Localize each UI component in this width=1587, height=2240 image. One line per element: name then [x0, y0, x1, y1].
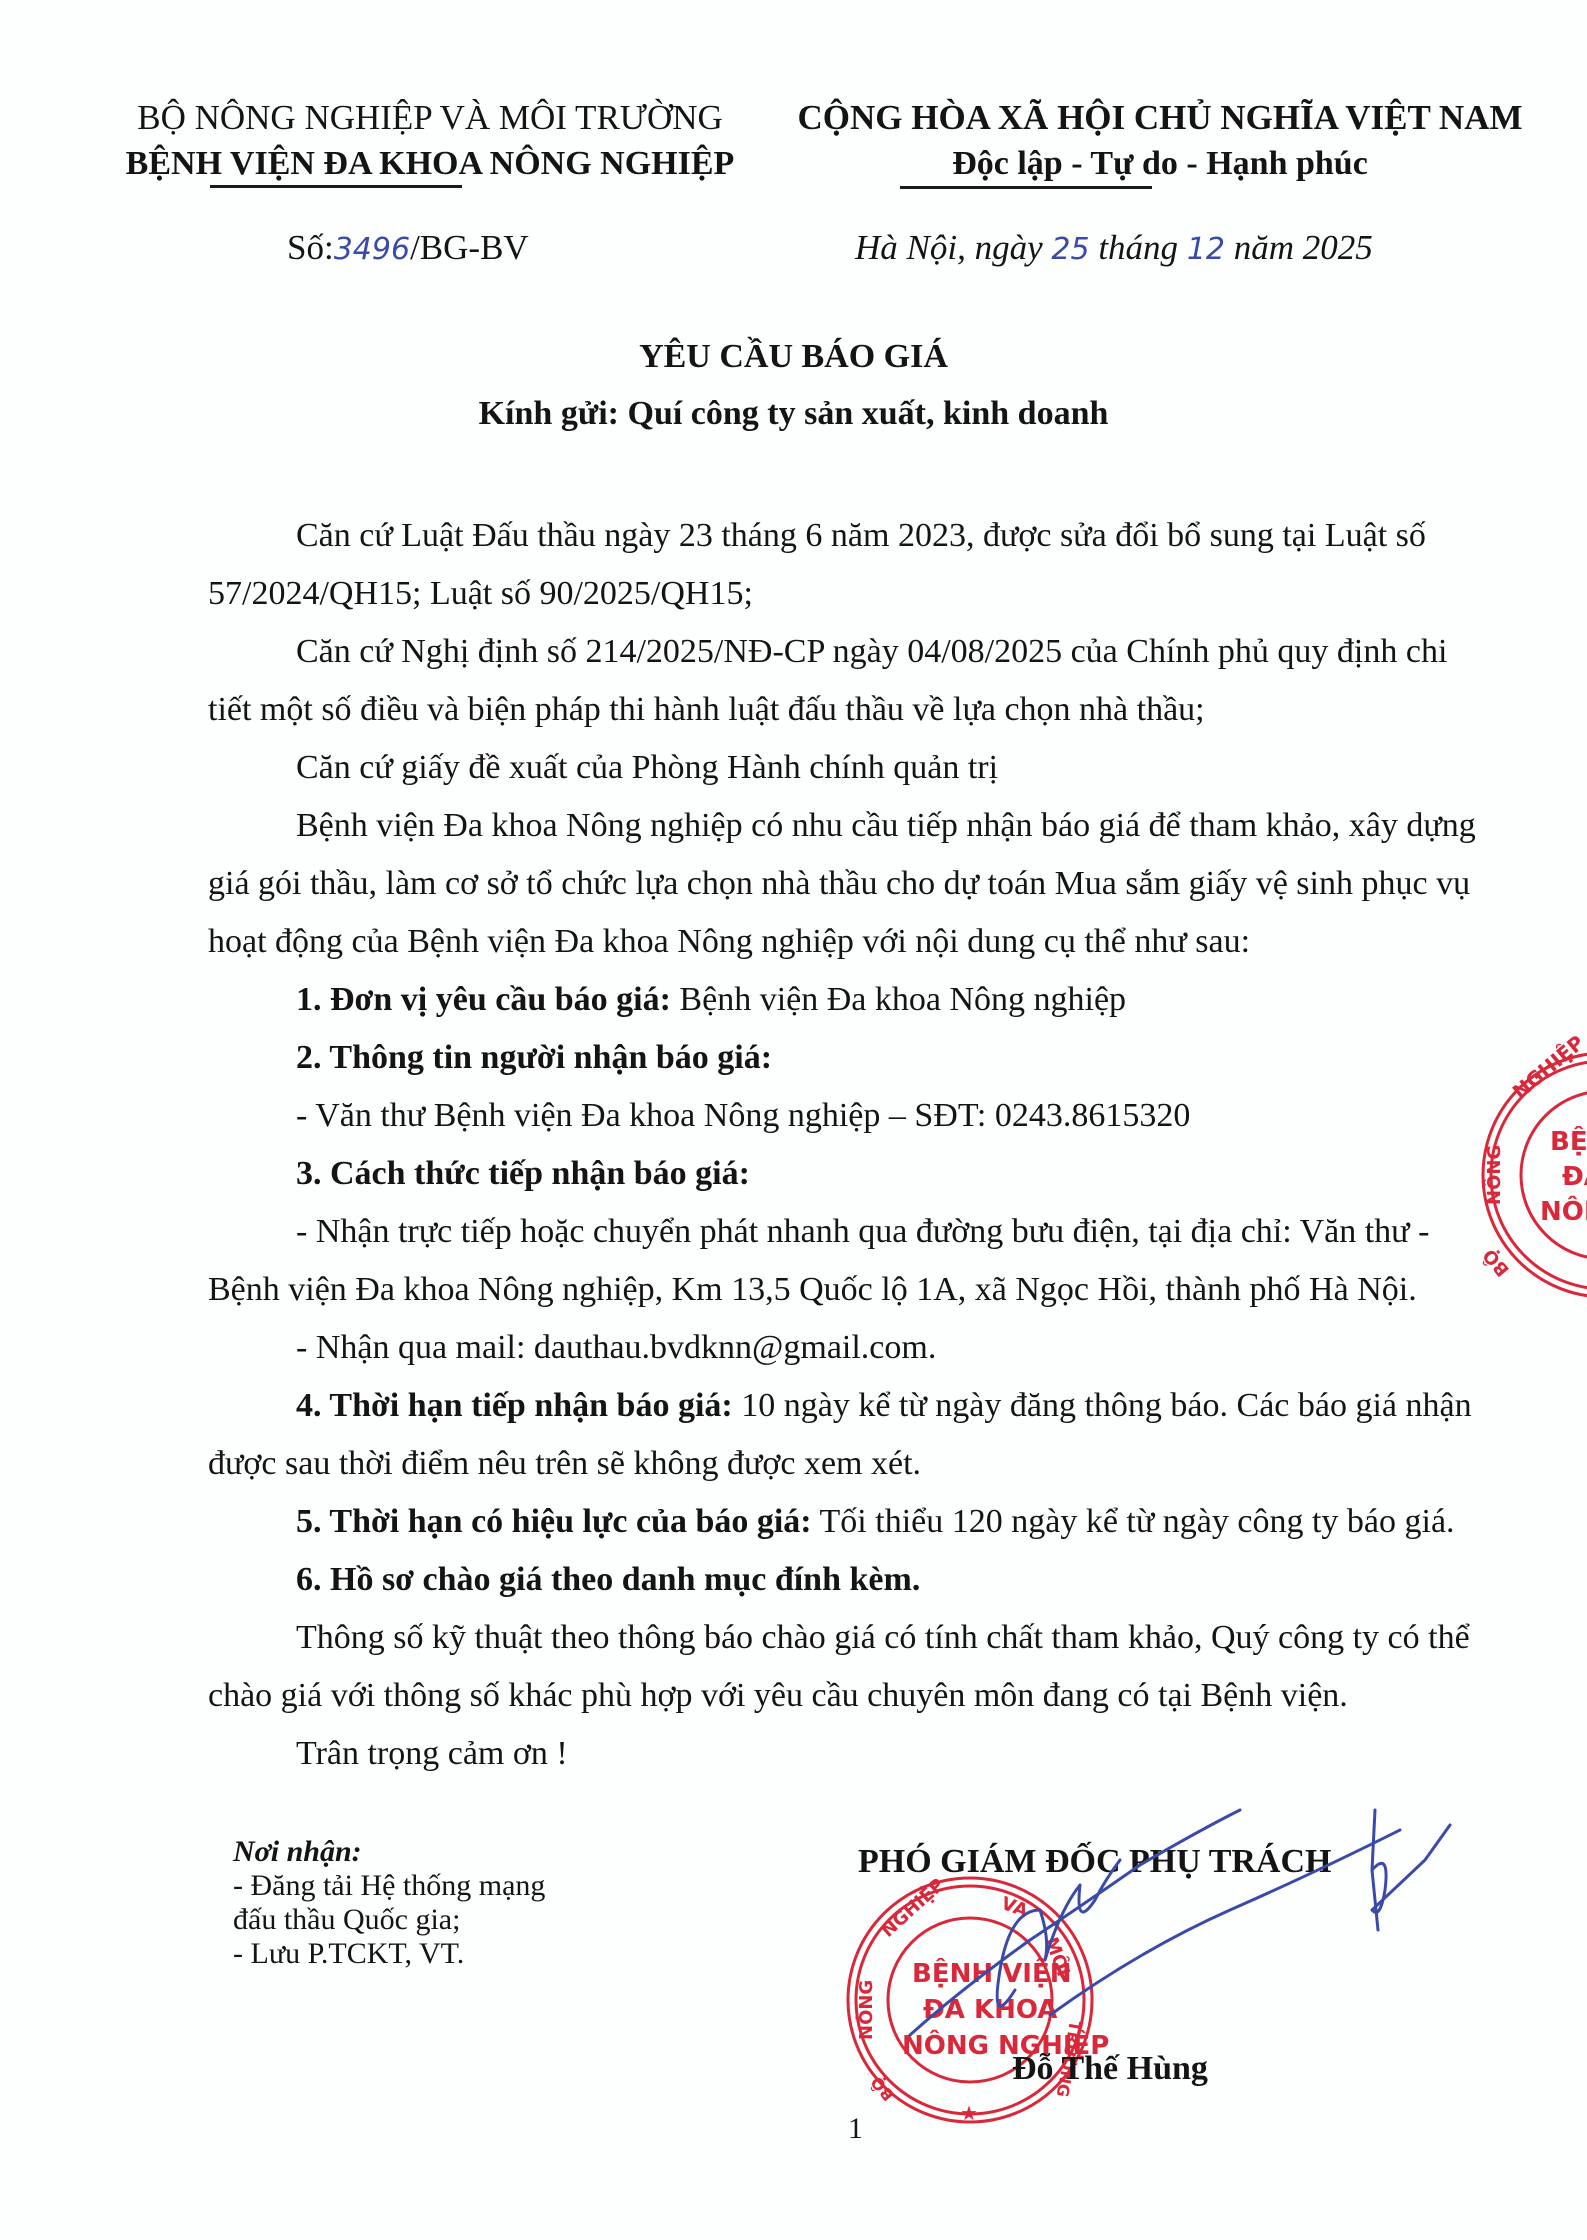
- item-2-detail: - Văn thư Bệnh viện Đa khoa Nông nghiệp …: [296, 1096, 1190, 1136]
- paragraph-legal-basis-2-line-2: tiết một số điều và biện pháp thi hành l…: [208, 690, 1205, 730]
- handwritten-document-number: 3496: [334, 232, 410, 267]
- organization-name: BỆNH VIỆN ĐA KHOA NÔNG NGHIỆP: [60, 141, 800, 187]
- recipients-item: - Lưu P.TCKT, VT.: [233, 1937, 545, 1971]
- item-4-value: 10 ngày kể từ ngày đăng thông báo. Các b…: [733, 1387, 1472, 1424]
- paragraph-legal-basis-1-line-2: 57/2024/QH15; Luật số 90/2025/QH15;: [208, 574, 753, 614]
- recipient-line: Kính gửi: Quí công ty sản xuất, kinh doa…: [0, 395, 1587, 433]
- header-left-underline: [210, 185, 462, 188]
- paragraph-purpose-line-1: Bệnh viện Đa khoa Nông nghiệp có nhu cầu…: [296, 806, 1476, 846]
- country-name: CỘNG HÒA XÃ HỘI CHỦ NGHĨA VIỆT NAM: [770, 95, 1550, 141]
- paragraph-legal-basis-3: Căn cứ giấy đề xuất của Phòng Hành chính…: [296, 748, 998, 788]
- paragraph-specs-line-2: chào giá với thông số khác phù hợp với y…: [208, 1676, 1348, 1716]
- item-4: 4. Thời hạn tiếp nhận báo giá: 10 ngày k…: [296, 1386, 1472, 1426]
- date-place-prefix: Hà Nội, ngày: [855, 228, 1043, 267]
- ministry-name: BỘ NÔNG NGHIỆP VÀ MÔI TRƯỜNG: [60, 95, 800, 141]
- item-2-label: 2. Thông tin người nhận báo giá:: [296, 1038, 772, 1078]
- date-month-label: tháng: [1098, 228, 1178, 267]
- svg-text:★: ★: [960, 2101, 978, 2125]
- signer-name: Đỗ Thế Hùng: [1012, 2050, 1208, 2088]
- svg-text:ĐA K: ĐA K: [1562, 1162, 1587, 1192]
- recipients-label: Nơi nhận:: [233, 1835, 545, 1869]
- margin-stamp-text: NGHIỆP: [1508, 1030, 1587, 1103]
- page-number: 1: [848, 2112, 863, 2146]
- item-4-label: 4. Thời hạn tiếp nhận báo giá:: [296, 1387, 733, 1424]
- recipients-block: Nơi nhận: - Đăng tải Hệ thống mạng đấu t…: [233, 1835, 545, 1971]
- document-number: Số:3496/BG-BV: [287, 228, 529, 268]
- item-4-value-line-2: được sau thời điểm nêu trên sẽ không đượ…: [208, 1444, 921, 1484]
- item-1: 1. Đơn vị yêu cầu báo giá: Bệnh viện Đa …: [296, 980, 1126, 1020]
- item-5: 5. Thời hạn có hiệu lực của báo giá: Tối…: [296, 1502, 1455, 1542]
- header-left: BỘ NÔNG NGHIỆP VÀ MÔI TRƯỜNG BỆNH VIỆN Đ…: [60, 95, 800, 187]
- svg-text:BỘ: BỘ: [866, 2073, 898, 2106]
- svg-text:NÔNG: NÔNG: [1540, 1195, 1587, 1227]
- paragraph-legal-basis-2-line-1: Căn cứ Nghị định số 214/2025/NĐ-CP ngày …: [296, 632, 1447, 672]
- document-number-suffix: /BG-BV: [410, 228, 529, 267]
- margin-stamp-partial: NGHIỆP NÔNG BỘ BỆNH ĐA K NÔNG: [1440, 1035, 1587, 1305]
- handwritten-day: 25: [1051, 232, 1089, 267]
- item-3-detail-2-email[interactable]: - Nhận qua mail: dauthau.bvdknn@gmail.co…: [296, 1328, 936, 1368]
- svg-text:NÔNG: NÔNG: [1483, 1145, 1505, 1205]
- item-6-label: 6. Hồ sơ chào giá theo danh mục đính kèm…: [296, 1560, 920, 1600]
- paragraph-purpose-line-3: hoạt động của Bệnh viện Đa khoa Nông ngh…: [208, 922, 1250, 962]
- item-1-label: 1. Đơn vị yêu cầu báo giá:: [296, 981, 671, 1018]
- item-5-value: Tối thiểu 120 ngày kể từ ngày công ty bá…: [812, 1503, 1455, 1540]
- header-right: CỘNG HÒA XÃ HỘI CHỦ NGHĨA VIỆT NAM Độc l…: [770, 95, 1550, 187]
- closing-line: Trân trọng cảm ơn !: [296, 1734, 568, 1774]
- item-3-label: 3. Cách thức tiếp nhận báo giá:: [296, 1154, 750, 1194]
- svg-text:NÔNG: NÔNG: [855, 1980, 877, 2040]
- date-year: năm 2025: [1234, 228, 1373, 267]
- paragraph-purpose-line-2: giá gói thầu, làm cơ sở tổ chức lựa chọn…: [208, 864, 1470, 904]
- paragraph-specs-line-1: Thông số kỹ thuật theo thông báo chào gi…: [296, 1618, 1470, 1658]
- item-1-value: Bệnh viện Đa khoa Nông nghiệp: [671, 981, 1126, 1018]
- svg-text:BỆNH: BỆNH: [1550, 1125, 1587, 1157]
- recipients-item: - Đăng tải Hệ thống mạng: [233, 1869, 545, 1903]
- item-3-detail-1-line-1: - Nhận trực tiếp hoặc chuyển phát nhanh …: [296, 1212, 1429, 1252]
- national-motto: Độc lập - Tự do - Hạnh phúc: [770, 141, 1550, 187]
- document-number-prefix: Số:: [287, 228, 334, 267]
- item-5-label: 5. Thời hạn có hiệu lực của báo giá:: [296, 1503, 812, 1540]
- paragraph-legal-basis-1-line-1: Căn cứ Luật Đấu thầu ngày 23 tháng 6 năm…: [296, 516, 1426, 556]
- document-title: YÊU CẦU BÁO GIÁ: [0, 338, 1587, 376]
- handwritten-month: 12: [1187, 232, 1225, 267]
- header-right-underline: [900, 186, 1152, 189]
- handwritten-signature: [880, 1790, 1440, 2050]
- date-line: Hà Nội, ngày 25 tháng 12 năm 2025: [855, 228, 1373, 268]
- item-3-detail-1-line-2: Bệnh viện Đa khoa Nông nghiệp, Km 13,5 Q…: [208, 1270, 1417, 1310]
- recipients-item: đấu thầu Quốc gia;: [233, 1903, 545, 1937]
